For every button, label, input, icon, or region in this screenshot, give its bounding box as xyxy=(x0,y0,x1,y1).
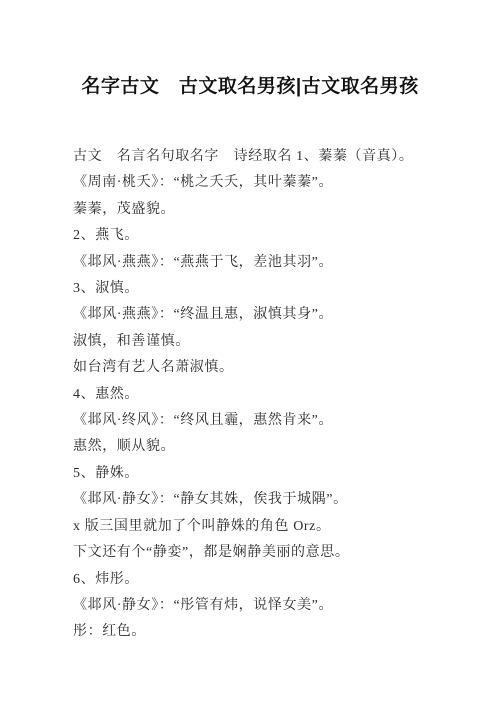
document-page: 名字古文 古文取名男孩|古文取名男孩 古文 名言名句取名字 诗经取名 1、蓁蓁（… xyxy=(0,0,500,708)
doc-line: 下文还有个“静娈”，都是娴静美丽的意思。 xyxy=(73,540,466,566)
doc-line: 古文 名言名句取名字 诗经取名 1、蓁蓁（音真）。 xyxy=(73,144,466,170)
document-body: 古文 名言名句取名字 诗经取名 1、蓁蓁（音真）。 《周南·桃夭》：“桃之夭夭，… xyxy=(73,144,466,646)
doc-line: x 版三国里就加了个叫静姝的角色 Orz。 xyxy=(73,514,466,540)
doc-line: 《邶风·静女》：“彤管有炜，说怿女美”。 xyxy=(73,593,466,619)
doc-line: 《邶风·静女》：“静女其姝，俟我于城隅”。 xyxy=(73,487,466,513)
doc-line: 彤：红色。 xyxy=(73,619,466,645)
doc-line: 如台湾有艺人名萧淑慎。 xyxy=(73,355,466,381)
doc-line: 2、燕飞。 xyxy=(73,223,466,249)
doc-line: 《邶风·燕燕》：“燕燕于飞，差池其羽”。 xyxy=(73,250,466,276)
doc-line: 5、静姝。 xyxy=(73,461,466,487)
page-title: 名字古文 古文取名男孩|古文取名男孩 xyxy=(0,74,500,100)
doc-line: 《邶风·燕燕》：“终温且惠，淑慎其身”。 xyxy=(73,302,466,328)
doc-line: 《邶风·终风》：“终风且霾，惠然肯来”。 xyxy=(73,408,466,434)
doc-line: 淑慎，和善谨慎。 xyxy=(73,329,466,355)
doc-line: 蓁蓁，茂盛貌。 xyxy=(73,197,466,223)
doc-line: 惠然，顺从貌。 xyxy=(73,434,466,460)
doc-line: 4、惠然。 xyxy=(73,382,466,408)
doc-line: 6、炜彤。 xyxy=(73,567,466,593)
doc-line: 3、淑慎。 xyxy=(73,276,466,302)
doc-line: 《周南·桃夭》：“桃之夭夭，其叶蓁蓁”。 xyxy=(73,170,466,196)
